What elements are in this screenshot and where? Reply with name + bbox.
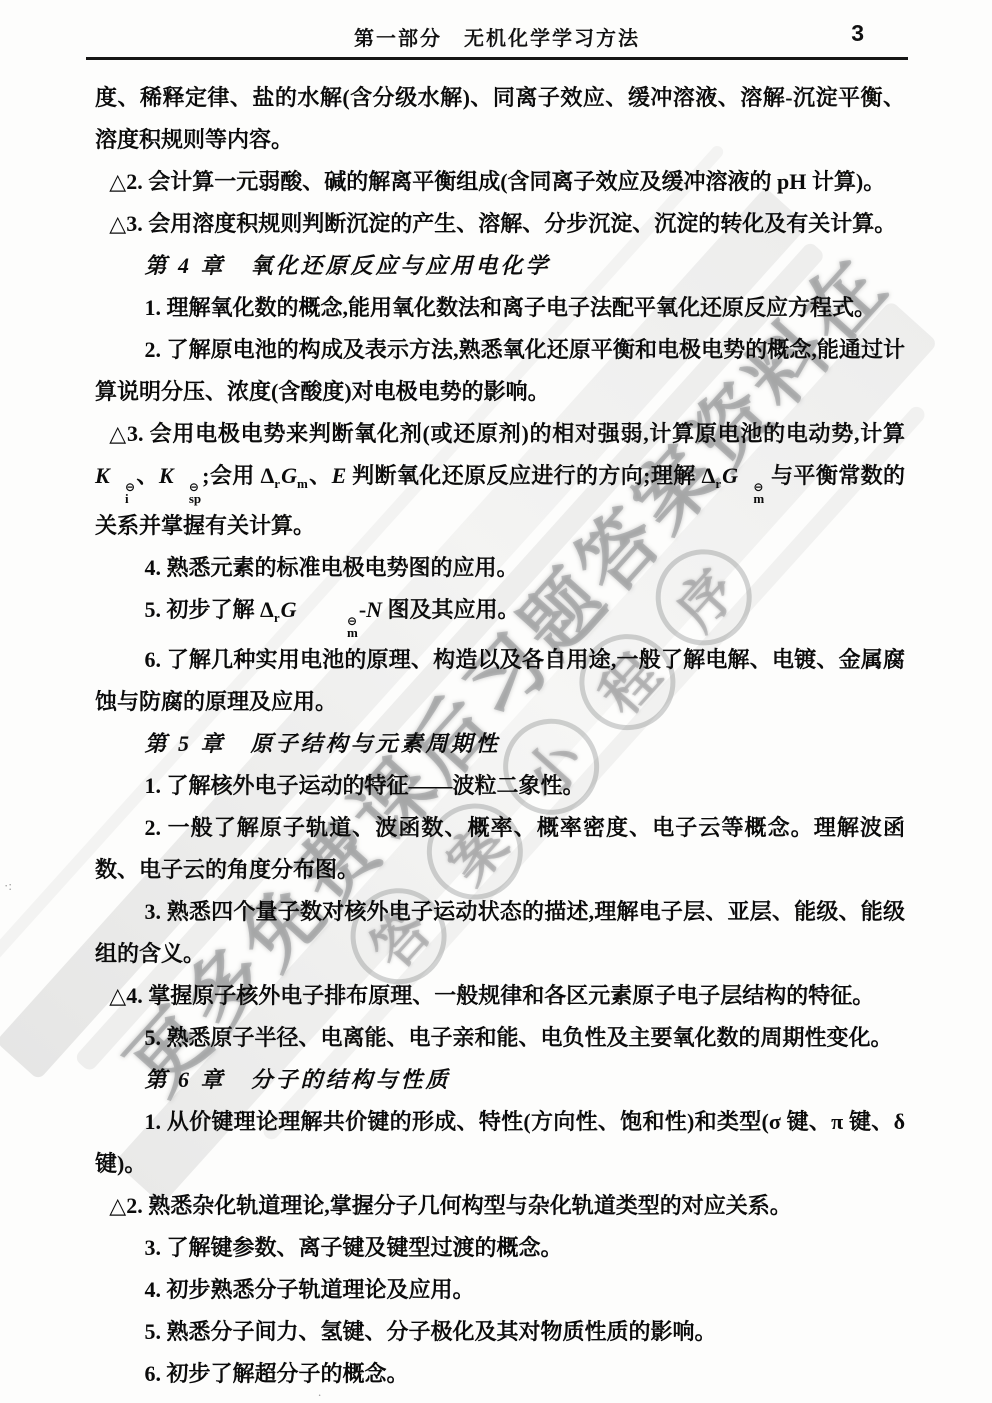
paragraph: 5. 熟悉分子间力、氢键、分子极化及其对物质性质的影响。: [95, 1311, 905, 1353]
paragraph: 2. 一般了解原子轨道、波函数、概率、概率密度、电子云等概念。理解波函数、电子云…: [95, 807, 905, 891]
formula: K⊖sp: [159, 463, 202, 488]
paragraph: 6. 了解几种实用电池的原理、构造以及各自用途,一般了解电解、电镀、金属腐蚀与防…: [95, 639, 905, 723]
paragraph: 6. 初步了解超分子的概念。: [95, 1353, 905, 1395]
document-body: 度、稀释定律、盐的水解(含分级水解)、同离子效应、缓冲溶液、溶解-沉淀平衡、溶度…: [95, 77, 905, 1395]
paragraph: 5. 熟悉原子半径、电离能、电子亲和能、电负性及主要氧化数的周期性变化。: [95, 1017, 905, 1059]
page-header: 第一部分 无机化学学习方法 3: [86, 22, 908, 54]
paragraph: △4. 掌握原子核外电子排布原理、一般规律和各区元素原子电子层结构的特征。: [95, 975, 905, 1017]
paragraph: △2. 会计算一元弱酸、碱的解离平衡组成(含同离子效应及缓冲溶液的 pH 计算)…: [95, 161, 905, 203]
paragraph: △2. 熟悉杂化轨道理论,掌握分子几何构型与杂化轨道类型的对应关系。: [95, 1185, 905, 1227]
scanned-book-page: 更多免费课后习题答案资料在 答案小程序 第一部分 无机化学学习方法 3 度、稀释…: [0, 0, 992, 1403]
running-head-title: 第一部分 无机化学学习方法: [86, 22, 908, 51]
header-rule: [86, 57, 908, 60]
paragraph: 度、稀释定律、盐的水解(含分级水解)、同离子效应、缓冲溶液、溶解-沉淀平衡、溶度…: [95, 77, 905, 161]
paragraph: △3. 会用电极电势来判断氧化剂(或还原剂)的相对强弱,计算原电池的电动势,计算…: [95, 413, 905, 547]
formula: ΔrG⊖m: [702, 463, 766, 488]
chapter-heading: 第 6 章 分子的结构与性质: [95, 1059, 905, 1101]
page-number: 3: [851, 20, 864, 47]
chapter-heading: 第 4 章 氧化还原反应与应用电化学: [95, 245, 905, 287]
paragraph: 3. 了解键参数、离子键及键型过渡的概念。: [95, 1227, 905, 1269]
paragraph: 4. 熟悉元素的标准电极电势图的应用。: [95, 547, 905, 589]
paragraph: 5. 初步了解 ΔrG⊖m-N 图及其应用。: [95, 589, 905, 639]
formula: ΔrG⊖m-N: [260, 597, 382, 622]
formula: ΔrGm: [260, 463, 308, 488]
paragraph: 2. 了解原电池的构成及表示方法,熟悉氧化还原平衡和电极电势的概念,能通过计算说…: [95, 329, 905, 413]
paragraph: 1. 了解核外电子运动的特征——波粒二象性。: [95, 765, 905, 807]
paragraph: 3. 熟悉四个量子数对核外电子运动状态的描述,理解电子层、亚层、能级、能级组的含…: [95, 891, 905, 975]
chapter-heading: 第 5 章 原子结构与元素周期性: [95, 723, 905, 765]
paragraph: 1. 从价键理论理解共价键的形成、特性(方向性、饱和性)和类型(σ 键、π 键、…: [95, 1101, 905, 1185]
formula: K⊖i: [95, 463, 136, 488]
formula: E: [332, 463, 347, 488]
paragraph: △3. 会用溶度积规则判断沉淀的产生、溶解、分步沉淀、沉淀的转化及有关计算。: [95, 203, 905, 245]
paragraph: 1. 理解氧化数的概念,能用氧化数法和离子电子法配平氧化还原反应方程式。: [95, 287, 905, 329]
scan-speck: ·:: [4, 878, 12, 894]
scan-speck: .: [318, 1384, 321, 1400]
paragraph: 4. 初步熟悉分子轨道理论及应用。: [95, 1269, 905, 1311]
